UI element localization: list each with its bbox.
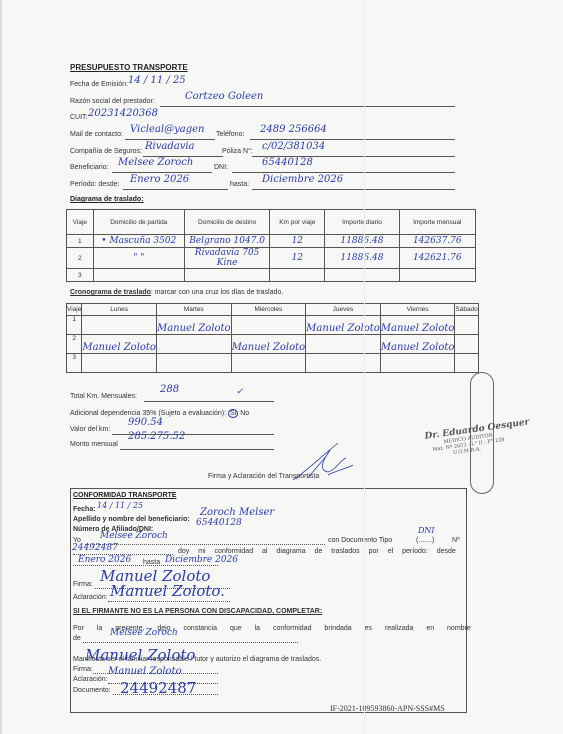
diagrama-cell-partida: " " xyxy=(93,248,184,269)
document-title: PRESUPUESTO TRANSPORTE xyxy=(70,63,188,72)
col-viaje: Viaje xyxy=(67,304,82,316)
conf-nro-value: 24492487 xyxy=(72,543,118,553)
cronograma-cell-day[interactable] xyxy=(455,316,478,335)
conf-documento-label: Documento: xyxy=(73,687,111,694)
diagrama-cell-diario xyxy=(325,269,399,282)
beneficiario-label: Beneficiario: xyxy=(70,164,109,171)
conf-no-firmante-title: SI EL FIRMANTE NO ES LA PERSONA CON DISC… xyxy=(73,608,322,615)
conf-desde-value: Enero 2026 xyxy=(78,555,131,565)
mail-line xyxy=(125,139,215,140)
periodo-hasta-line xyxy=(252,189,455,190)
cuit-value: 20231420368 xyxy=(88,108,158,119)
firma-transportista-label: Firma y Aclaración del Transportista xyxy=(208,473,319,480)
conf-conformidad-text: doy mi conformidad al diagrama de trasla… xyxy=(178,548,456,555)
diagrama-cell-viaje: 2 xyxy=(67,248,94,269)
periodo-desde-value: Enero 2026 xyxy=(130,174,189,185)
diagrama-cell-km xyxy=(270,269,325,282)
diagrama-cell-viaje: 3 xyxy=(67,269,94,282)
conf-aclaracion2-value: Manuel Zoloto xyxy=(108,666,182,677)
conf-apellido-value: Zoroch Melser xyxy=(200,507,274,518)
seguros-value: Rivadavia xyxy=(145,141,195,152)
conf-documento-value: 24492487 xyxy=(120,679,196,697)
conf-hasta-value: Diciembre 2026 xyxy=(165,555,238,565)
diagrama-title: Diagrama de traslado: xyxy=(70,196,144,203)
diagrama-row: 1• Mascuña 3502Belgrano 1047.01211886.48… xyxy=(67,235,476,248)
cronograma-cell-day[interactable] xyxy=(231,354,306,373)
fecha-emision-value: 14 / 11 / 25 xyxy=(128,75,186,86)
seguros-label: Compañía de Seguros: xyxy=(70,148,142,155)
cronograma-cell-day[interactable]: Manuel Zoloto xyxy=(380,335,455,354)
cronograma-cell-day[interactable]: Manuel Zoloto xyxy=(231,335,306,354)
page-edge xyxy=(0,0,2,734)
cronograma-heading: Cronograma de traslado: marcar con una c… xyxy=(70,289,283,296)
cronograma-row: 1Manuel ZolotoManuel ZolotoManuel Zoloto xyxy=(67,316,479,335)
cronograma-body: 1Manuel ZolotoManuel ZolotoManuel Zoloto… xyxy=(67,316,479,373)
diagrama-cell-destino: Belgrano 1047.0 xyxy=(184,235,269,248)
monto-mensual-line xyxy=(120,449,274,450)
diagrama-title-text: Diagrama de traslado xyxy=(70,196,141,203)
conf-afiliado-value: 65440128 xyxy=(196,518,242,528)
diagrama-cell-km: 12 xyxy=(270,248,325,269)
conf-yo-dots xyxy=(85,544,325,545)
conf-documento-tipo-label: con Documento Tipo xyxy=(328,537,392,544)
valor-km-value: 990.54 xyxy=(128,417,163,428)
adicional-label: Adicional dependencia 35% (Sujeto a eval… xyxy=(70,410,226,417)
conf-yo-value: Melsee Zoroch xyxy=(100,531,168,541)
monto-mensual-value: 285.275.52 xyxy=(128,431,185,442)
diagrama-body: 1• Mascuña 3502Belgrano 1047.01211886.48… xyxy=(67,235,476,282)
cronograma-row: 2Manuel ZolotoManuel ZolotoManuel Zoloto xyxy=(67,335,479,354)
conf-de-dots xyxy=(83,642,298,643)
col-domicilio-partida: Domicilio de partida xyxy=(93,210,184,235)
poliza-value: c/02/381034 xyxy=(262,141,325,152)
diagrama-table: Viaje Domicilio de partida Domicilio de … xyxy=(66,209,476,282)
cronograma-instruction: : marcar con una cruz los días de trasla… xyxy=(151,289,283,296)
conf-doc-paren: (.......) xyxy=(416,537,434,544)
conf-firma2-value: Manuel Zoloto xyxy=(85,646,195,664)
mail-value: Vicleal@yagen xyxy=(130,124,205,135)
diagrama-cell-partida xyxy=(93,269,184,282)
conf-aclaracion-dots xyxy=(108,601,230,602)
col-importe-mensual: Importe mensual xyxy=(399,210,475,235)
diagrama-cell-diario: 11886.48 xyxy=(325,248,399,269)
conf-aclaracion-label: Aclaración: xyxy=(73,594,108,601)
col-martes: Martes xyxy=(156,304,231,316)
cuit-label: CUIT: xyxy=(70,114,88,121)
cronograma-cell-viaje: 2 xyxy=(67,335,82,354)
fecha-emision-label: Fecha de Emisión: xyxy=(70,81,128,88)
diagrama-cell-destino xyxy=(184,269,269,282)
periodo-hasta-value: Diciembre 2026 xyxy=(262,174,343,185)
cronograma-cell-day[interactable] xyxy=(156,335,231,354)
beneficiario-value: Melsee Zoroch xyxy=(118,157,193,168)
cronograma-title: Cronograma de traslado xyxy=(70,289,151,296)
cronograma-cell-day[interactable] xyxy=(455,354,478,373)
diagrama-cell-destino: Rivadavia 705 Kine xyxy=(184,248,269,269)
scan-fold-line xyxy=(364,0,365,734)
col-lunes: Lunes xyxy=(82,304,157,316)
conf-documento-tipo-value: DNI xyxy=(418,526,435,535)
cronograma-cell-day[interactable] xyxy=(380,354,455,373)
cronograma-header-row: Viaje Lunes Martes Miércoles Jueves Vier… xyxy=(67,304,479,316)
col-importe-diario: Importe diario xyxy=(325,210,399,235)
razon-social-line xyxy=(160,106,455,107)
diagrama-cell-mensual xyxy=(399,269,475,282)
conf-fecha-label: Fecha: xyxy=(73,506,96,513)
conf-aclaracion-value: Manuel Zoloto. xyxy=(110,582,225,600)
valor-km-label: Valor del km: xyxy=(70,426,110,433)
scanned-document: PRESUPUESTO TRANSPORTE Fecha de Emisión:… xyxy=(0,0,563,734)
cronograma-cell-day[interactable] xyxy=(82,316,157,335)
telefono-value: 2489 256664 xyxy=(260,124,327,135)
periodo-hasta-label: hasta: xyxy=(230,181,249,188)
conf-firma-label: Firma: xyxy=(73,581,93,588)
cronograma-cell-day[interactable]: Manuel Zoloto xyxy=(380,316,455,335)
diagrama-cell-mensual: 142621.76 xyxy=(399,248,475,269)
conf-fecha-value: 14 / 11 / 25 xyxy=(97,501,143,510)
diagrama-cell-viaje: 1 xyxy=(67,235,94,248)
col-domicilio-destino: Domicilio de destino xyxy=(184,210,269,235)
diagrama-header-row: Viaje Domicilio de partida Domicilio de … xyxy=(67,210,476,235)
periodo-desde-label: Período: desde: xyxy=(70,181,119,188)
monto-mensual-label: Monto mensual xyxy=(70,441,118,448)
cronograma-cell-day[interactable] xyxy=(306,335,381,354)
total-km-label: Total Km. Mensuales: xyxy=(70,393,137,400)
beneficiario-line xyxy=(112,172,212,173)
poliza-label: Póliza N°: xyxy=(222,148,253,155)
cronograma-cell-day[interactable]: Manuel Zoloto xyxy=(82,335,157,354)
conf-aclaracion2-label: Aclaración: xyxy=(73,676,108,683)
conf-de-value: Melsee Zoroch xyxy=(110,628,178,638)
diagrama-cell-diario: 11886.48 xyxy=(325,235,399,248)
cronograma-cell-day[interactable] xyxy=(455,335,478,354)
dni-value: 65440128 xyxy=(262,157,313,168)
diagrama-row: 2" "Rivadavia 705 Kine1211886.48142621.7… xyxy=(67,248,476,269)
cronograma-cell-day[interactable] xyxy=(82,354,157,373)
col-jueves: Jueves xyxy=(306,304,381,316)
total-km-value: 288 xyxy=(160,384,179,395)
col-km-viaje: Km por viaje xyxy=(270,210,325,235)
dni-line xyxy=(232,172,455,173)
cronograma-cell-day[interactable] xyxy=(306,354,381,373)
col-viernes: Viernes xyxy=(380,304,455,316)
dni-label: DNI: xyxy=(214,164,228,171)
checkmark-icon: ✓ xyxy=(236,387,244,397)
conf-de-label: de xyxy=(73,635,81,642)
cronograma-cell-viaje: 3 xyxy=(67,354,82,373)
cronograma-cell-day[interactable]: Manuel Zoloto xyxy=(156,316,231,335)
adicional-si-option: Si xyxy=(228,409,238,418)
conf-apellido-label: Apellido y nombre del beneficiario: xyxy=(73,516,190,523)
diagrama-cell-mensual: 142637.76 xyxy=(399,235,475,248)
diagrama-cell-partida: • Mascuña 3502 xyxy=(93,235,184,248)
conf-firma2-label: Firma: xyxy=(73,666,93,673)
adicional-no-option: No xyxy=(240,410,249,417)
adicional-dependencia: Adicional dependencia 35% (Sujeto a eval… xyxy=(70,410,249,417)
periodo-desde-line xyxy=(123,189,228,190)
razon-social-value: Cortzeo Goleen xyxy=(185,91,263,102)
conformidad-title: CONFORMIDAD TRANSPORTE xyxy=(73,492,176,499)
razon-social-label: Razón social del prestador: xyxy=(70,98,155,105)
telefono-label: Teléfono: xyxy=(216,131,244,138)
cronograma-cell-day[interactable] xyxy=(156,354,231,373)
diagrama-colon: : xyxy=(141,196,143,203)
conf-hasta-label: hasta xyxy=(143,559,160,566)
col-viaje: Viaje xyxy=(67,210,94,235)
telefono-line xyxy=(250,139,455,140)
cronograma-cell-day[interactable] xyxy=(231,316,306,335)
mail-label: Mail de contacto: xyxy=(70,131,123,138)
cronograma-table: Viaje Lunes Martes Miércoles Jueves Vier… xyxy=(66,303,479,373)
total-km-line xyxy=(144,401,274,402)
col-sabado: Sábado xyxy=(455,304,478,316)
cronograma-cell-day[interactable]: Manuel Zoloto xyxy=(306,316,381,335)
conf-nro-label: Nº xyxy=(452,537,460,544)
col-miercoles: Miércoles xyxy=(231,304,306,316)
document-reference: IF-2021-109593860-APN-SSS#MS xyxy=(330,704,445,713)
diagrama-cell-km: 12 xyxy=(270,235,325,248)
cronograma-cell-viaje: 1 xyxy=(67,316,82,335)
diagrama-row: 3 xyxy=(67,269,476,282)
cronograma-row: 3 xyxy=(67,354,479,373)
